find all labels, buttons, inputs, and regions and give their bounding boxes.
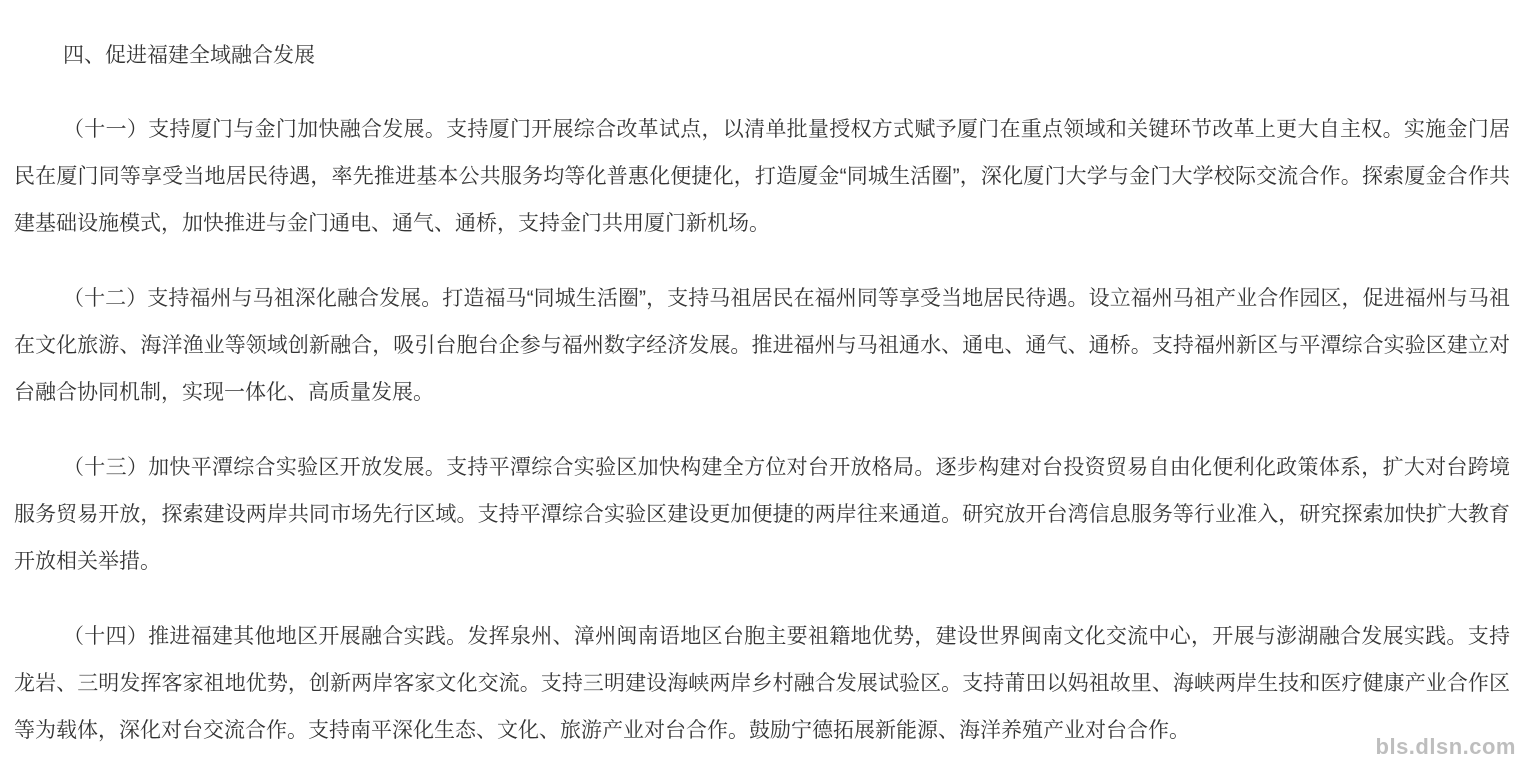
paragraph-13: （十三）加快平潭综合实验区开放发展。支持平潭综合实验区加快构建全方位对台开放格局… (14, 444, 1510, 585)
document-page: 四、促进福建全域融合发展 （十一）支持厦门与金门加快融合发展。支持厦门开展综合改… (0, 0, 1524, 762)
section-heading: 四、促进福建全域融合发展 (14, 32, 1510, 79)
paragraph-14: （十四）推进福建其他地区开展融合实践。发挥泉州、漳州闽南语地区台胞主要祖籍地优势… (14, 613, 1510, 754)
document-content: 四、促进福建全域融合发展 （十一）支持厦门与金门加快融合发展。支持厦门开展综合改… (0, 0, 1524, 754)
paragraph-12: （十二）支持福州与马祖深化融合发展。打造福马“同城生活圈”，支持马祖居民在福州同… (14, 275, 1510, 416)
paragraph-11: （十一）支持厦门与金门加快融合发展。支持厦门开展综合改革试点，以清单批量授权方式… (14, 106, 1510, 247)
